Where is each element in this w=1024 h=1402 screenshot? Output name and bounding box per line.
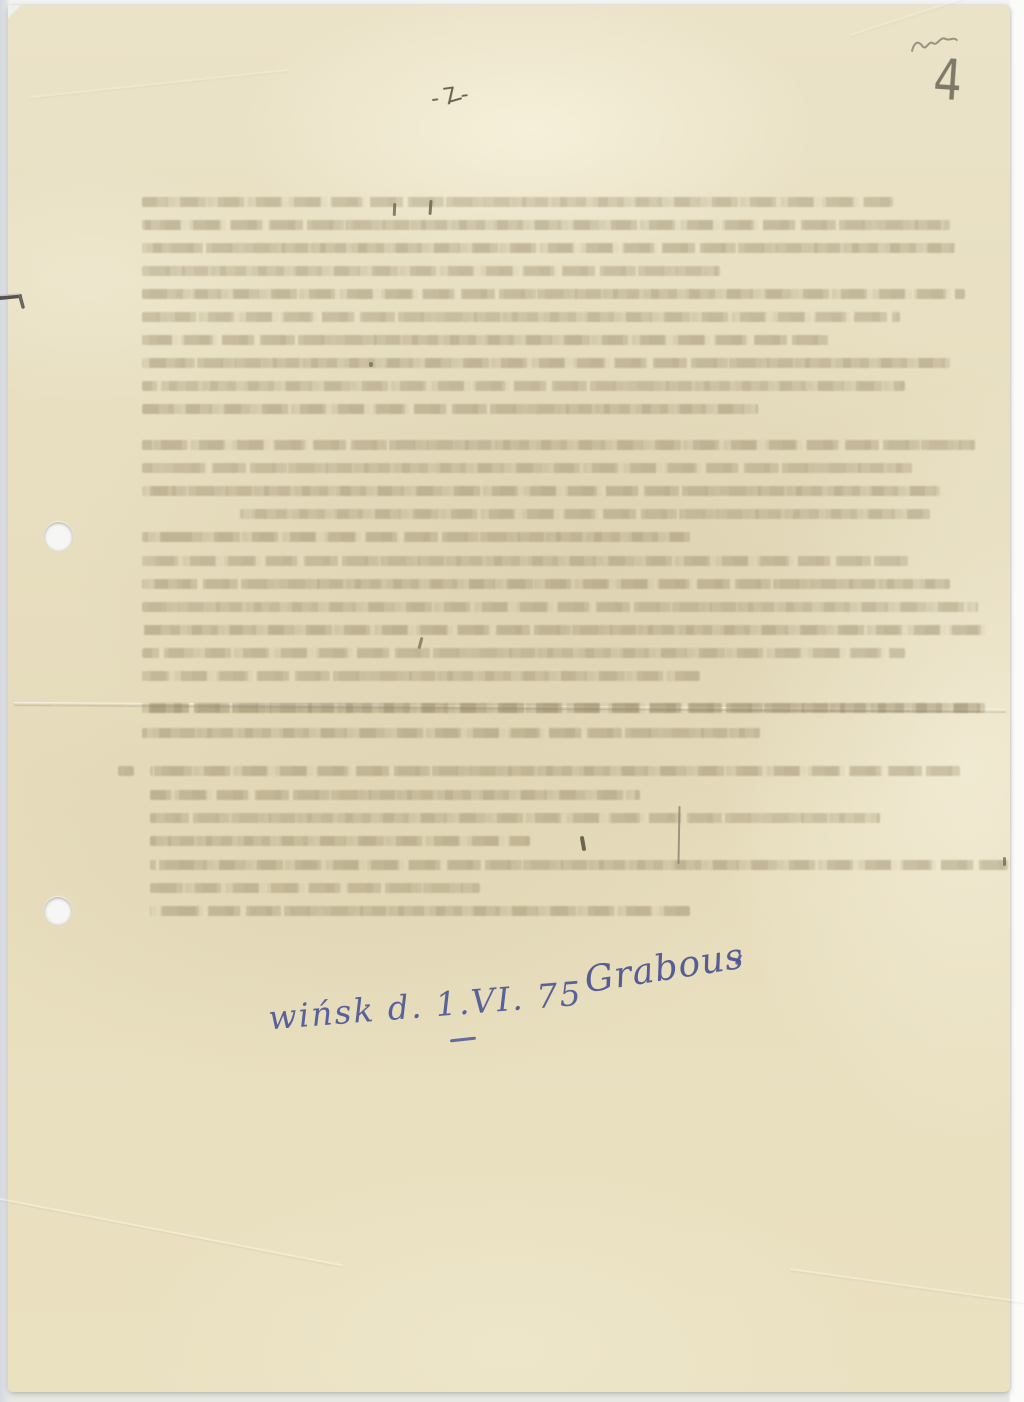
date-underline-stroke: [450, 1037, 476, 1043]
typescript-line: [142, 463, 912, 473]
ink-tick: [580, 836, 587, 851]
typescript-line: [150, 766, 960, 776]
ink-tick: [428, 200, 432, 215]
typescript-line: [142, 335, 830, 345]
date-handwriting: wińsk d. 1.VI. 75: [267, 974, 584, 1038]
typescript-line: [150, 883, 480, 893]
hole-punch: [44, 522, 73, 551]
typescript-line: [150, 790, 640, 800]
typescript-line: [142, 358, 950, 368]
page-number: -7-: [426, 81, 474, 113]
typescript-line: [142, 197, 893, 207]
typescript-line: [142, 266, 720, 276]
scan-overlay: -7- 4 Grabous wińsk d. 1.VI. 75: [0, 0, 1024, 1402]
typescript-line: [142, 648, 905, 658]
typescript-line: [142, 243, 955, 253]
pencil-numeral: 4: [931, 47, 964, 114]
typescript-line: [142, 671, 700, 681]
typescript-line: [118, 766, 134, 776]
typescript-line: [142, 312, 900, 322]
typescript-line: [142, 532, 690, 542]
typescript-line: [142, 602, 978, 612]
typescript-line: [150, 836, 530, 846]
typescript-line: [150, 860, 1008, 870]
typescript-line: [142, 728, 760, 738]
typescript-line: [142, 556, 908, 566]
ink-tick: [677, 806, 680, 864]
ink-tick: [393, 203, 396, 216]
typescript-line: [142, 625, 988, 635]
typescript-line: [150, 813, 880, 823]
typescript-line: [142, 486, 940, 496]
staple-mark: [0, 286, 30, 316]
soft-crease: [0, 1192, 343, 1266]
signature-handwriting: Grabous: [582, 936, 747, 1002]
typescript-line: [142, 381, 905, 391]
soft-crease: [30, 69, 289, 98]
hole-punch: [44, 897, 72, 925]
typescript-line: [240, 509, 930, 519]
typescript-line: [142, 404, 758, 414]
typescript-line: [142, 289, 965, 299]
soft-crease: [790, 1268, 1024, 1309]
typescript-line: [142, 220, 950, 230]
typescript-line: [150, 906, 690, 916]
typescript-line: [142, 440, 975, 450]
typescript-line: [142, 703, 985, 713]
typescript-line: [142, 579, 950, 589]
ink-tick: [1003, 857, 1006, 866]
ink-tick: [369, 362, 373, 367]
